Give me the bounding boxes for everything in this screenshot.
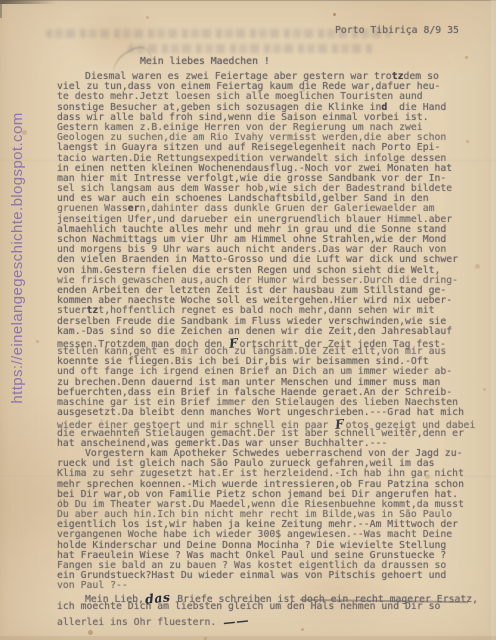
typed-text: wie frisch gewaschen aus,auch der Humor … — [57, 275, 458, 286]
letter-line: vergangenen Woche habe ich wieder 300$ a… — [57, 530, 493, 540]
scan-edge-left — [0, 0, 2, 18]
letter-line: Fangen sie bald an zu bauen ? Was kostet… — [57, 561, 493, 571]
typed-text: Klima zu sehr zugesetzt hat.Er ist herzl… — [57, 468, 464, 479]
typed-text: jenseitigen Ufer,und darueber ein unergr… — [57, 214, 452, 225]
typed-text: die erwaehnten Stielaugen gemacht.Der is… — [57, 428, 464, 439]
typed-text: Fangen sie bald an zu bauen ? Was kostet… — [57, 560, 446, 571]
typed-text: maschine gar ist ein Brief immer den Sti… — [57, 397, 458, 408]
paragraph: Diesmal waren es zwei Feiertage aber ges… — [57, 72, 493, 449]
letter-line: Klima zu sehr zugesetzt hat.Er ist herzl… — [57, 469, 493, 479]
letter-line: tacio warten.Die Rettungsexpedition verw… — [57, 154, 493, 164]
letter-line: kam.-Das sind so die Zeichen an denen wi… — [57, 327, 493, 337]
paragraph: Mein Lieb,das Briefe schreiben ist doch … — [57, 592, 493, 626]
letter-line: ich moechte Dich am liebsten gleich um d… — [57, 602, 493, 612]
paragraph: Vorgestern kam Apotheker Schwedes ueberr… — [57, 449, 493, 592]
typed-text: und oft fange ich irgend einen Brief an … — [57, 366, 452, 377]
typed-text: Geologen zu suchen,die am Rio Ivahy verm… — [57, 132, 446, 143]
letter-body: Diesmal waren es zwei Feiertage aber ges… — [57, 72, 493, 625]
typed-text: und morgens bis 9 Uhr wars auch nicht an… — [57, 244, 446, 255]
typed-text: sel sich langsam aus dem Wasser hob,wie … — [57, 183, 452, 194]
letter-line: und oft fange ich irgend einen Brief an … — [57, 367, 493, 377]
letter-line: jenseitigen Ufer,und darueber ein unergr… — [57, 215, 493, 225]
letter-line: sel sich langsam aus dem Wasser hob,wie … — [57, 184, 493, 194]
letter-line: Du aber auch hin.Ich bin nicht mehr rech… — [57, 510, 493, 520]
typed-text: stuer — [57, 305, 87, 316]
typed-text: tacio warten.Die Rettungsexpedition verw… — [57, 153, 446, 164]
scan-edge-top — [0, 0, 496, 1]
letter-line: stuertzt,hoffentlich regnet es bald noch… — [57, 306, 493, 316]
letter-line: te desto mehr.Jetzt loesen sich alle moe… — [57, 92, 493, 102]
handwritten-correction: das — [144, 591, 171, 606]
letter-line: die erwaehnten Stielaugen gemacht.Der is… — [57, 429, 493, 439]
blog-watermark: https://einelangegeschichte.blogspot.com — [9, 54, 26, 462]
salutation: Mein liebes Maedchen ! — [140, 56, 270, 67]
letter-line: Geologen zu suchen,die am Rio Ivahy verm… — [57, 133, 493, 143]
letter-line: wie frisch gewaschen aus,auch der Humor … — [57, 276, 493, 286]
retyped-overstrike: tz — [87, 305, 99, 316]
letter-line: stellen kann,geht es mir doch zu langsam… — [57, 347, 493, 357]
typed-text: kam.-Das sind so die Zeichen an denen wi… — [57, 326, 452, 337]
letter-line: maschine gar ist ein Brief immer den Sti… — [57, 398, 493, 408]
typed-text: von Paul ?-- — [57, 580, 128, 591]
handwritten-correction: —— — [223, 614, 250, 629]
typed-text: Du aber auch hin.Ich bin nicht mehr rech… — [57, 509, 452, 520]
letter-line: ausgesetzt.Da bleibt denn manches Wort u… — [57, 408, 493, 418]
typed-text: stellen kann,geht es mir doch zu langsam… — [57, 346, 446, 357]
typed-text: allerlei ins Ohr fluestern. — [57, 617, 222, 628]
typed-text: ausgesetzt.Da bleibt denn manches Wort u… — [57, 407, 464, 418]
typed-text: t,hoffentlich regnet es bald noch mehr,d… — [98, 305, 434, 316]
typed-text: ich moechte Dich am liebsten gleich um d… — [57, 601, 440, 612]
letter-line: allerlei ins Ohr fluestern. —— — [57, 615, 493, 625]
place-date-line: Porto Tibiriça 8/9 35 — [335, 25, 459, 36]
scan-edge-top-left — [0, 0, 56, 4]
scan-edge-bottom — [0, 636, 496, 640]
letter-sheet: https://einelangegeschichte.blogspot.com… — [0, 0, 496, 640]
typed-text: vergangenen Woche habe ich wieder 300$ a… — [57, 529, 452, 540]
ink-bleed-through-line — [128, 44, 374, 53]
letter-line: von Paul ?-- — [57, 581, 493, 591]
letter-line: und morgens bis 9 Uhr wars auch nicht an… — [57, 245, 493, 255]
typed-text: te desto mehr.Jetzt loesen sich alle moe… — [57, 91, 423, 102]
